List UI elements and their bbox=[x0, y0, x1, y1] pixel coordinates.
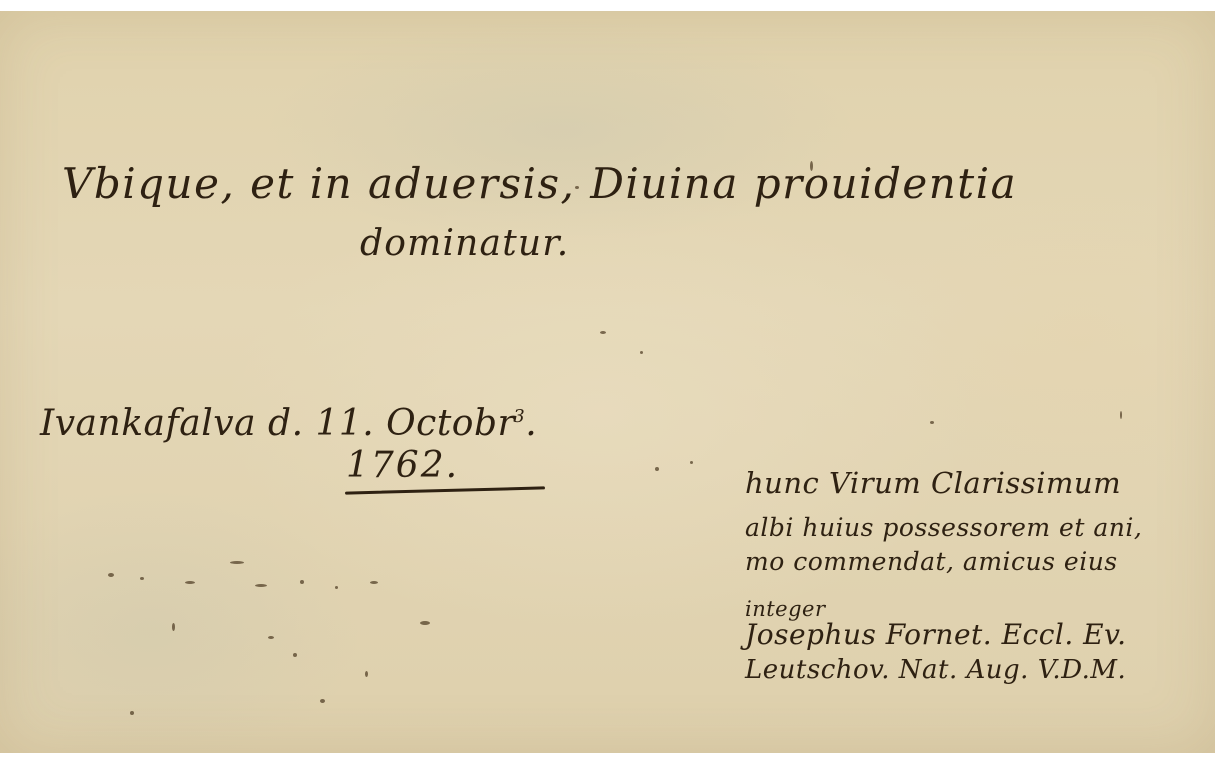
dedication-line-2: albi huius possessorem et ani, bbox=[745, 515, 1142, 540]
year: 1762. bbox=[346, 445, 459, 486]
place-and-day: Ivankafalva d. 11. Octobr bbox=[40, 403, 515, 444]
dedication-line-3: mo commendat, amicus eius bbox=[745, 549, 1118, 574]
motto-line-1: Vbique, et in aduersis, Diuina prouident… bbox=[62, 159, 1017, 208]
date-terminal: . bbox=[525, 403, 537, 444]
manuscript-page: ​ Vbique, et in aduersis, Diuina prouide… bbox=[0, 11, 1215, 753]
place-and-date: Ivankafalva d. 11. Octobr3. bbox=[40, 403, 537, 444]
motto-line-2: dominatur. bbox=[360, 223, 569, 264]
signature-origin: Leutschov. Nat. Aug. V.D.M. bbox=[745, 657, 1126, 683]
year-underline bbox=[345, 486, 545, 494]
signature-name: Josephus Fornet. Eccl. Ev. bbox=[745, 621, 1126, 649]
dedication-line-1: hunc Virum Clarissimum bbox=[745, 469, 1121, 498]
date-superscript: 3 bbox=[513, 406, 525, 427]
dedication-line-4: integer bbox=[745, 599, 826, 620]
